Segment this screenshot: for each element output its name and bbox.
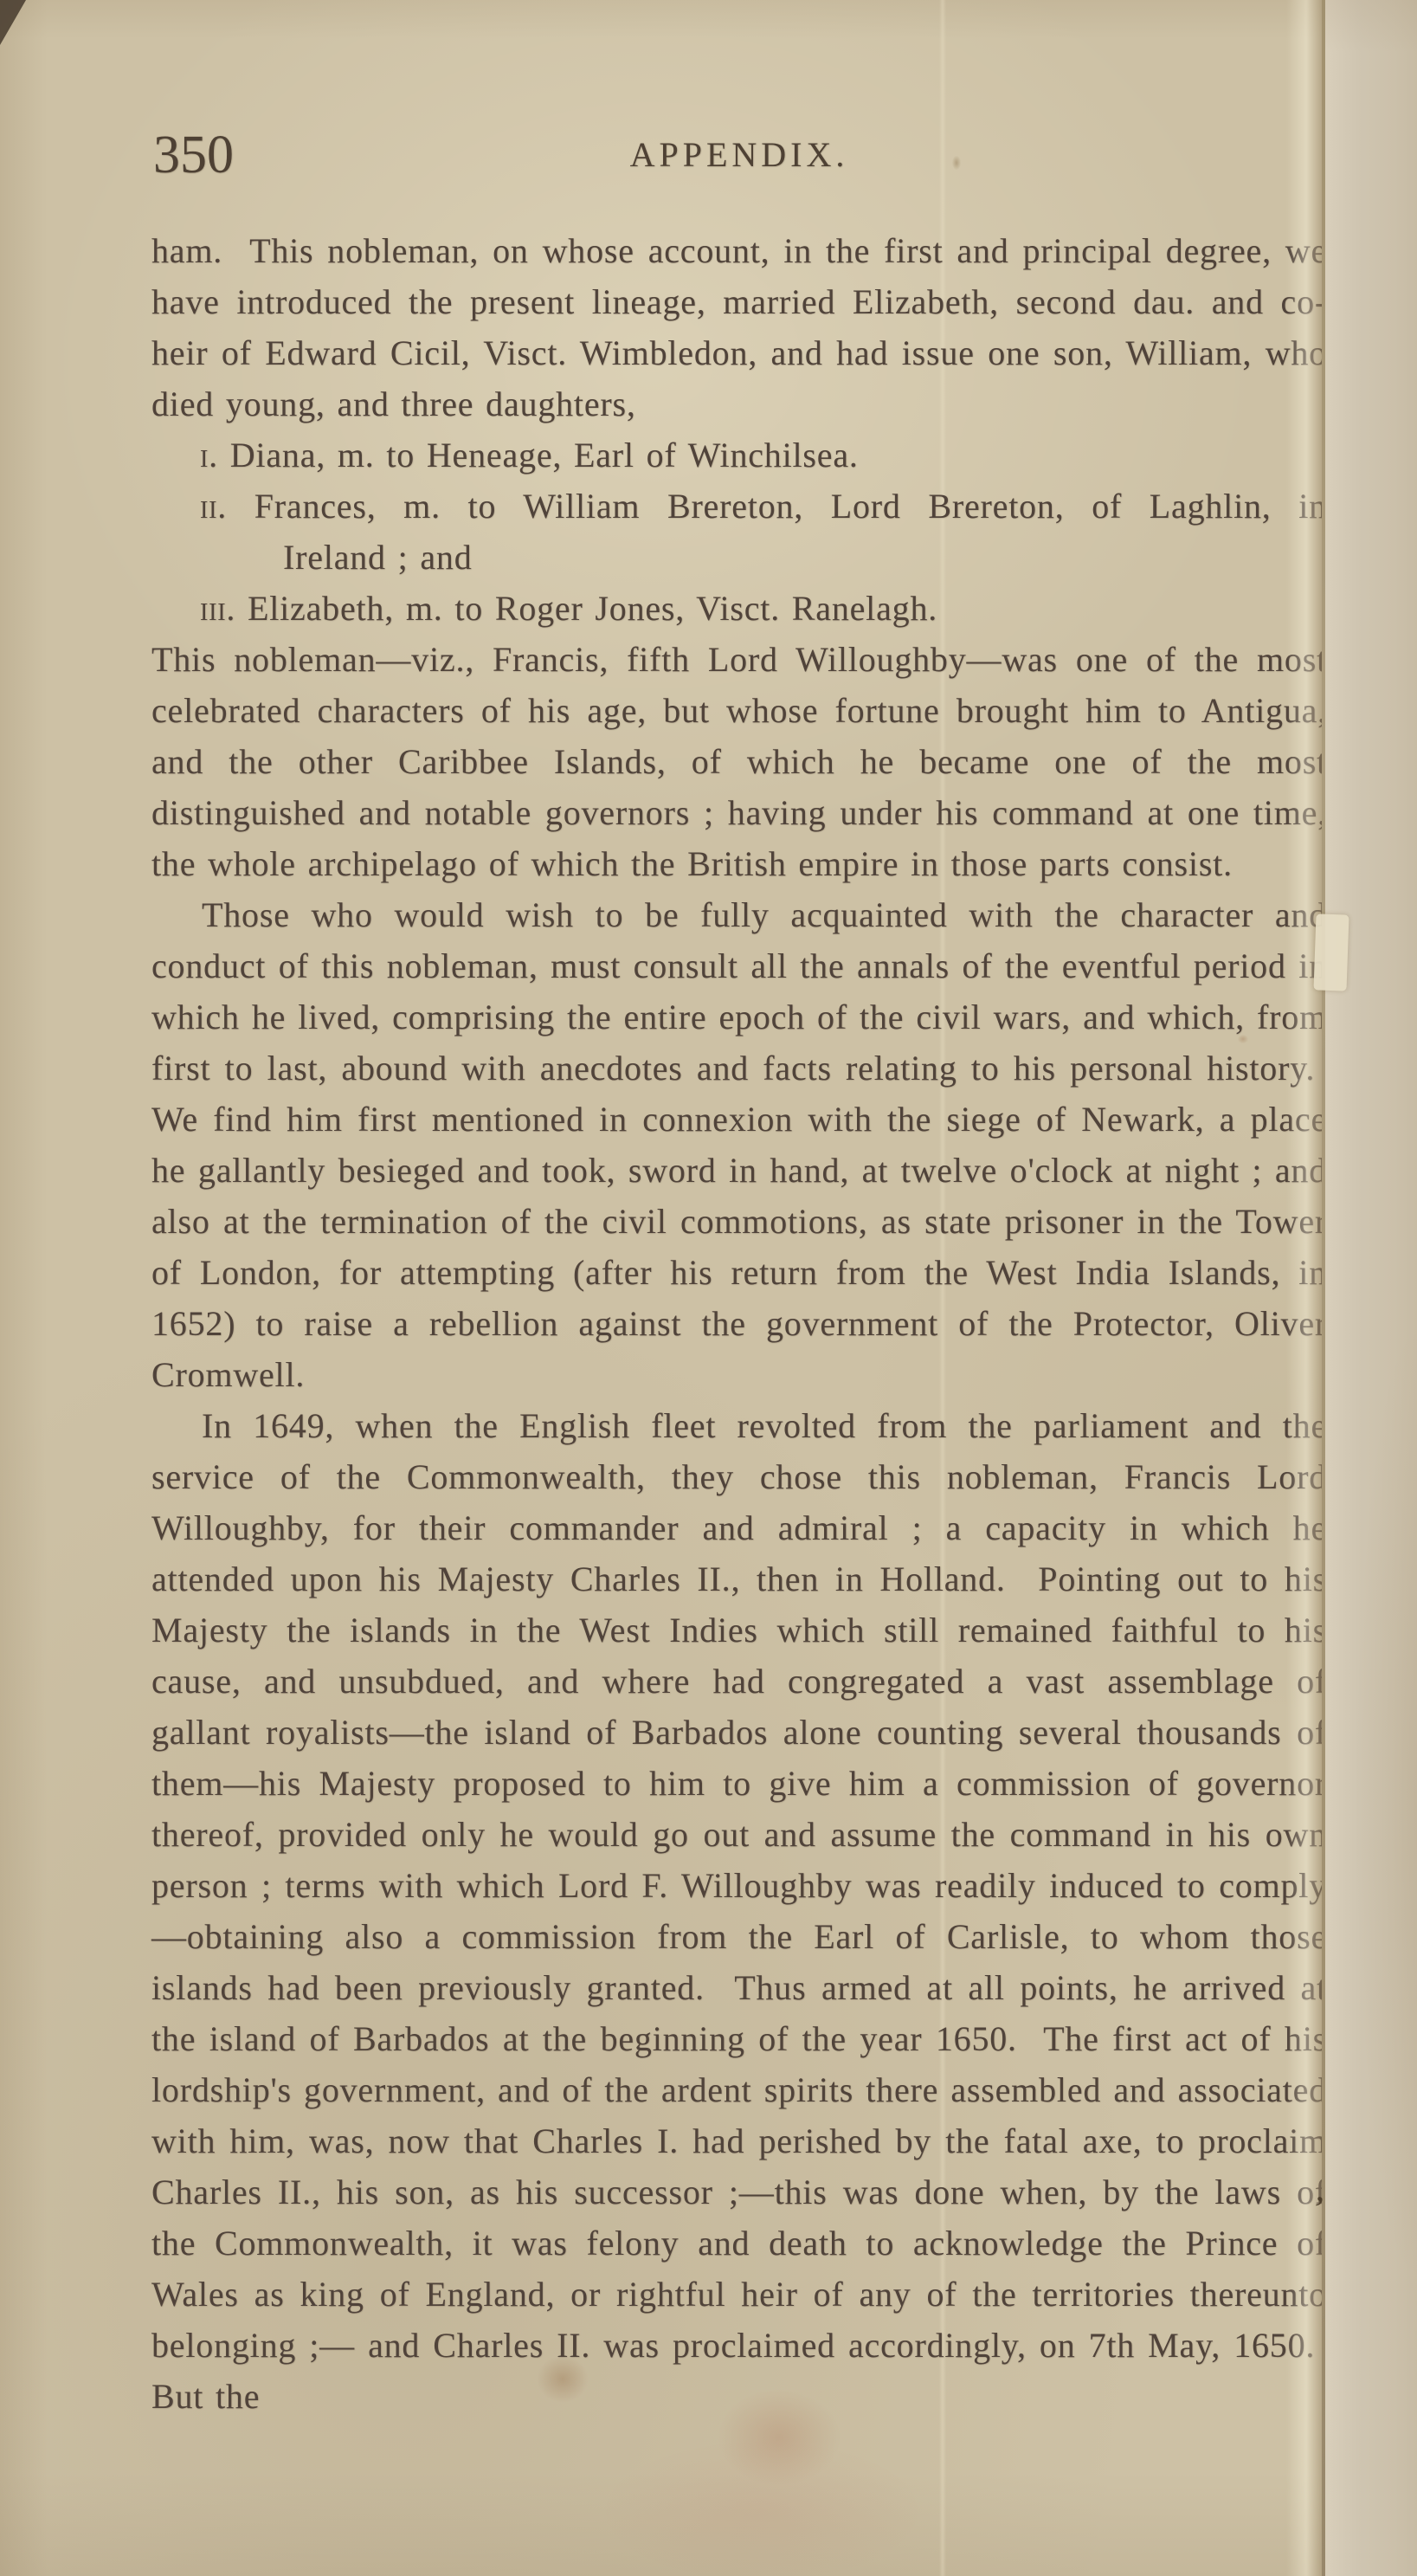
text-block: i. Diana, m. to Heneage, Earl of Winchil…	[200, 429, 1327, 481]
list-numeral: i.	[200, 436, 230, 475]
text-block: iii. Elizabeth, m. to Roger Jones, Visct…	[200, 583, 1327, 634]
text-block: ham. This nobleman, on whose account, in…	[151, 225, 1327, 429]
paper-speck	[1238, 1035, 1248, 1043]
scanned-book-page: 350 APPENDIX. ham. This nobleman, on who…	[0, 0, 1417, 2576]
list-numeral: ii.	[200, 487, 254, 526]
text-block: This nobleman—viz., Francis, fifth Lord …	[151, 634, 1327, 889]
stain-spot	[537, 2355, 589, 2403]
text-block: Ireland ; and	[283, 532, 1327, 583]
page-body: ham. This nobleman, on whose account, in…	[151, 225, 1327, 2422]
list-numeral: iii.	[200, 589, 248, 628]
stain-wash	[606, 2442, 918, 2576]
text-block: ii. Frances, m. to William Brereton, Lor…	[200, 481, 1327, 532]
page-edge-shading	[1325, 0, 1417, 2576]
page-header: 350 APPENDIX.	[151, 128, 1327, 182]
corner-shadow	[0, 0, 26, 45]
page-number: 350	[153, 128, 234, 182]
page-header-title: APPENDIX.	[151, 128, 1327, 182]
text-block: Those who would wish to be fully acquain…	[151, 889, 1327, 1400]
text-block: In 1649, when the English fleet revolted…	[151, 1400, 1327, 2422]
tape-patch	[1313, 914, 1349, 991]
paper-speck	[952, 156, 961, 170]
